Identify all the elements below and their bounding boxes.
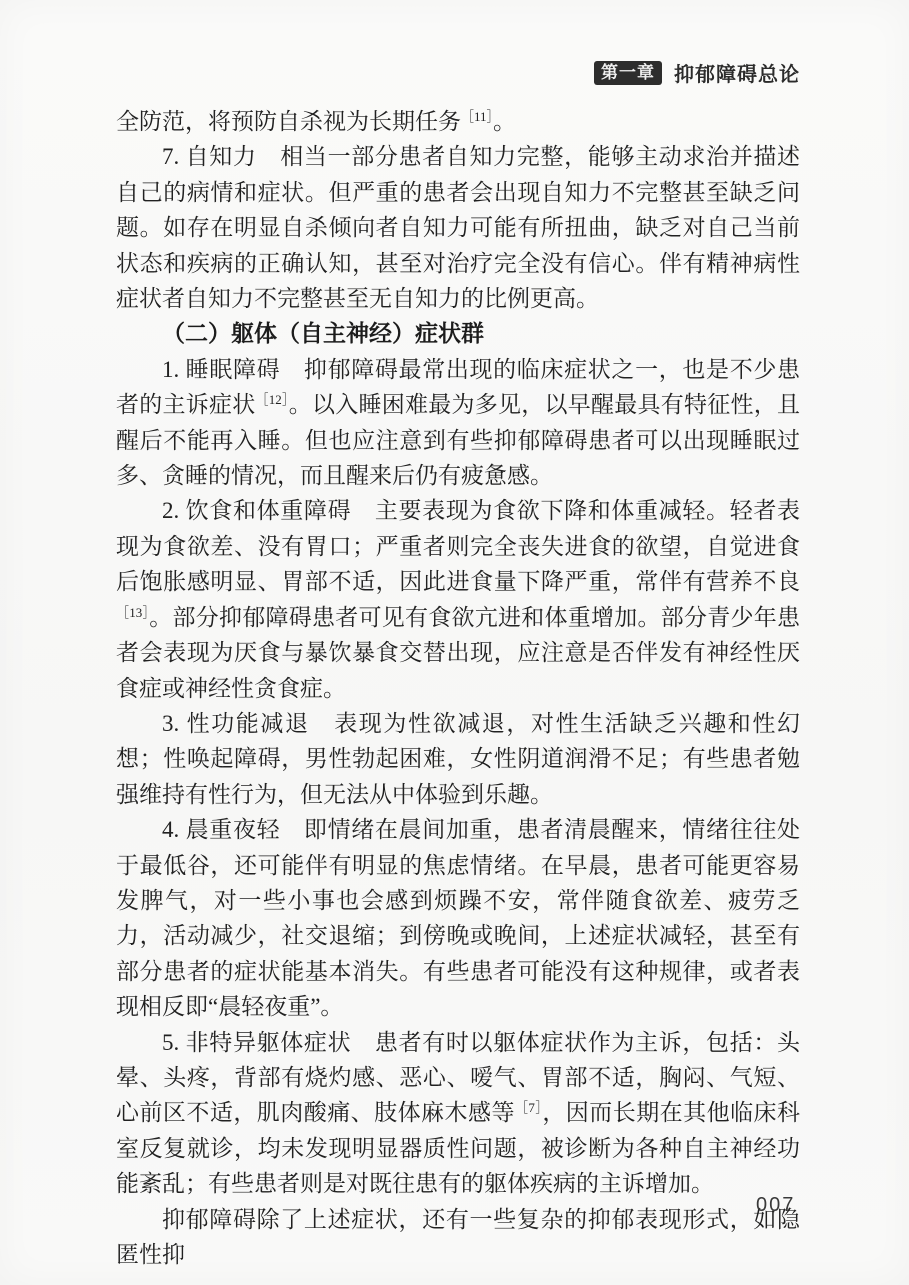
text-run: （二）躯体（自主神经）症状群 bbox=[162, 320, 484, 346]
text-run: 3. 性功能减退 表现为性欲减退，对性生活缺乏兴趣和性幻想；性唤起障碍，男性勃起… bbox=[116, 711, 800, 807]
paragraph: 7. 自知力 相当一部分患者自知力完整，能够主动求治并描述自己的病情和症状。但严… bbox=[116, 139, 800, 316]
citation-reference: ［12］ bbox=[256, 392, 289, 407]
paragraph: 5. 非特异躯体症状 患者有时以躯体症状作为主诉，包括：头晕、头疼，背部有烧灼感… bbox=[116, 1025, 800, 1202]
paragraph: 全防范，将预防自杀视为长期任务［11］。 bbox=[116, 104, 800, 139]
paragraph: 1. 睡眠障碍 抑郁障碍最常出现的临床症状之一，也是不少患者的主诉症状［12］。… bbox=[116, 352, 800, 494]
text-run: 7. 自知力 相当一部分患者自知力完整，能够主动求治并描述自己的病情和症状。但严… bbox=[116, 144, 800, 311]
paragraph: 3. 性功能减退 表现为性欲减退，对性生活缺乏兴趣和性幻想；性唤起障碍，男性勃起… bbox=[116, 706, 800, 812]
text-run: 4. 晨重夜轻 即情绪在晨间加重，患者清晨醒来，情绪往往处于最低谷，还可能伴有明… bbox=[116, 817, 800, 1019]
section-heading: （二）躯体（自主神经）症状群 bbox=[116, 316, 800, 351]
text-run: 。 bbox=[493, 109, 516, 134]
paragraph: 抑郁障碍除了上述症状，还有一些复杂的抑郁表现形式，如隐匿性抑 bbox=[116, 1202, 800, 1273]
paragraph: 4. 晨重夜轻 即情绪在晨间加重，患者清晨醒来，情绪往往处于最低谷，还可能伴有明… bbox=[116, 812, 800, 1024]
citation-reference: ［13］ bbox=[116, 605, 149, 620]
text-run: 。部分抑郁障碍患者可见有食欲亢进和体重增加。部分青少年患者会表现为厌食与暴饮暴食… bbox=[116, 605, 800, 701]
body-text: 全防范，将预防自杀视为长期任务［11］。7. 自知力 相当一部分患者自知力完整，… bbox=[116, 104, 800, 1272]
citation-reference: ［11］ bbox=[461, 109, 493, 124]
running-head: 第一章 抑郁障碍总论 bbox=[594, 58, 800, 87]
paragraph: 2. 饮食和体重障碍 主要表现为食欲下降和体重减轻。轻者表现为食欲差、没有胃口；… bbox=[116, 493, 800, 705]
text-run: 2. 饮食和体重障碍 主要表现为食欲下降和体重减轻。轻者表现为食欲差、没有胃口；… bbox=[116, 498, 800, 594]
text-run: 抑郁障碍除了上述症状，还有一些复杂的抑郁表现形式，如隐匿性抑 bbox=[116, 1207, 800, 1267]
scanned-book-page: 第一章 抑郁障碍总论 全防范，将预防自杀视为长期任务［11］。7. 自知力 相当… bbox=[0, 0, 909, 1285]
text-run: 全防范，将预防自杀视为长期任务 bbox=[116, 109, 461, 134]
page-number: 007 bbox=[756, 1194, 795, 1217]
chapter-title: 抑郁障碍总论 bbox=[674, 58, 800, 87]
citation-reference: ［7］ bbox=[515, 1100, 542, 1115]
chapter-number-badge: 第一章 bbox=[594, 61, 662, 85]
